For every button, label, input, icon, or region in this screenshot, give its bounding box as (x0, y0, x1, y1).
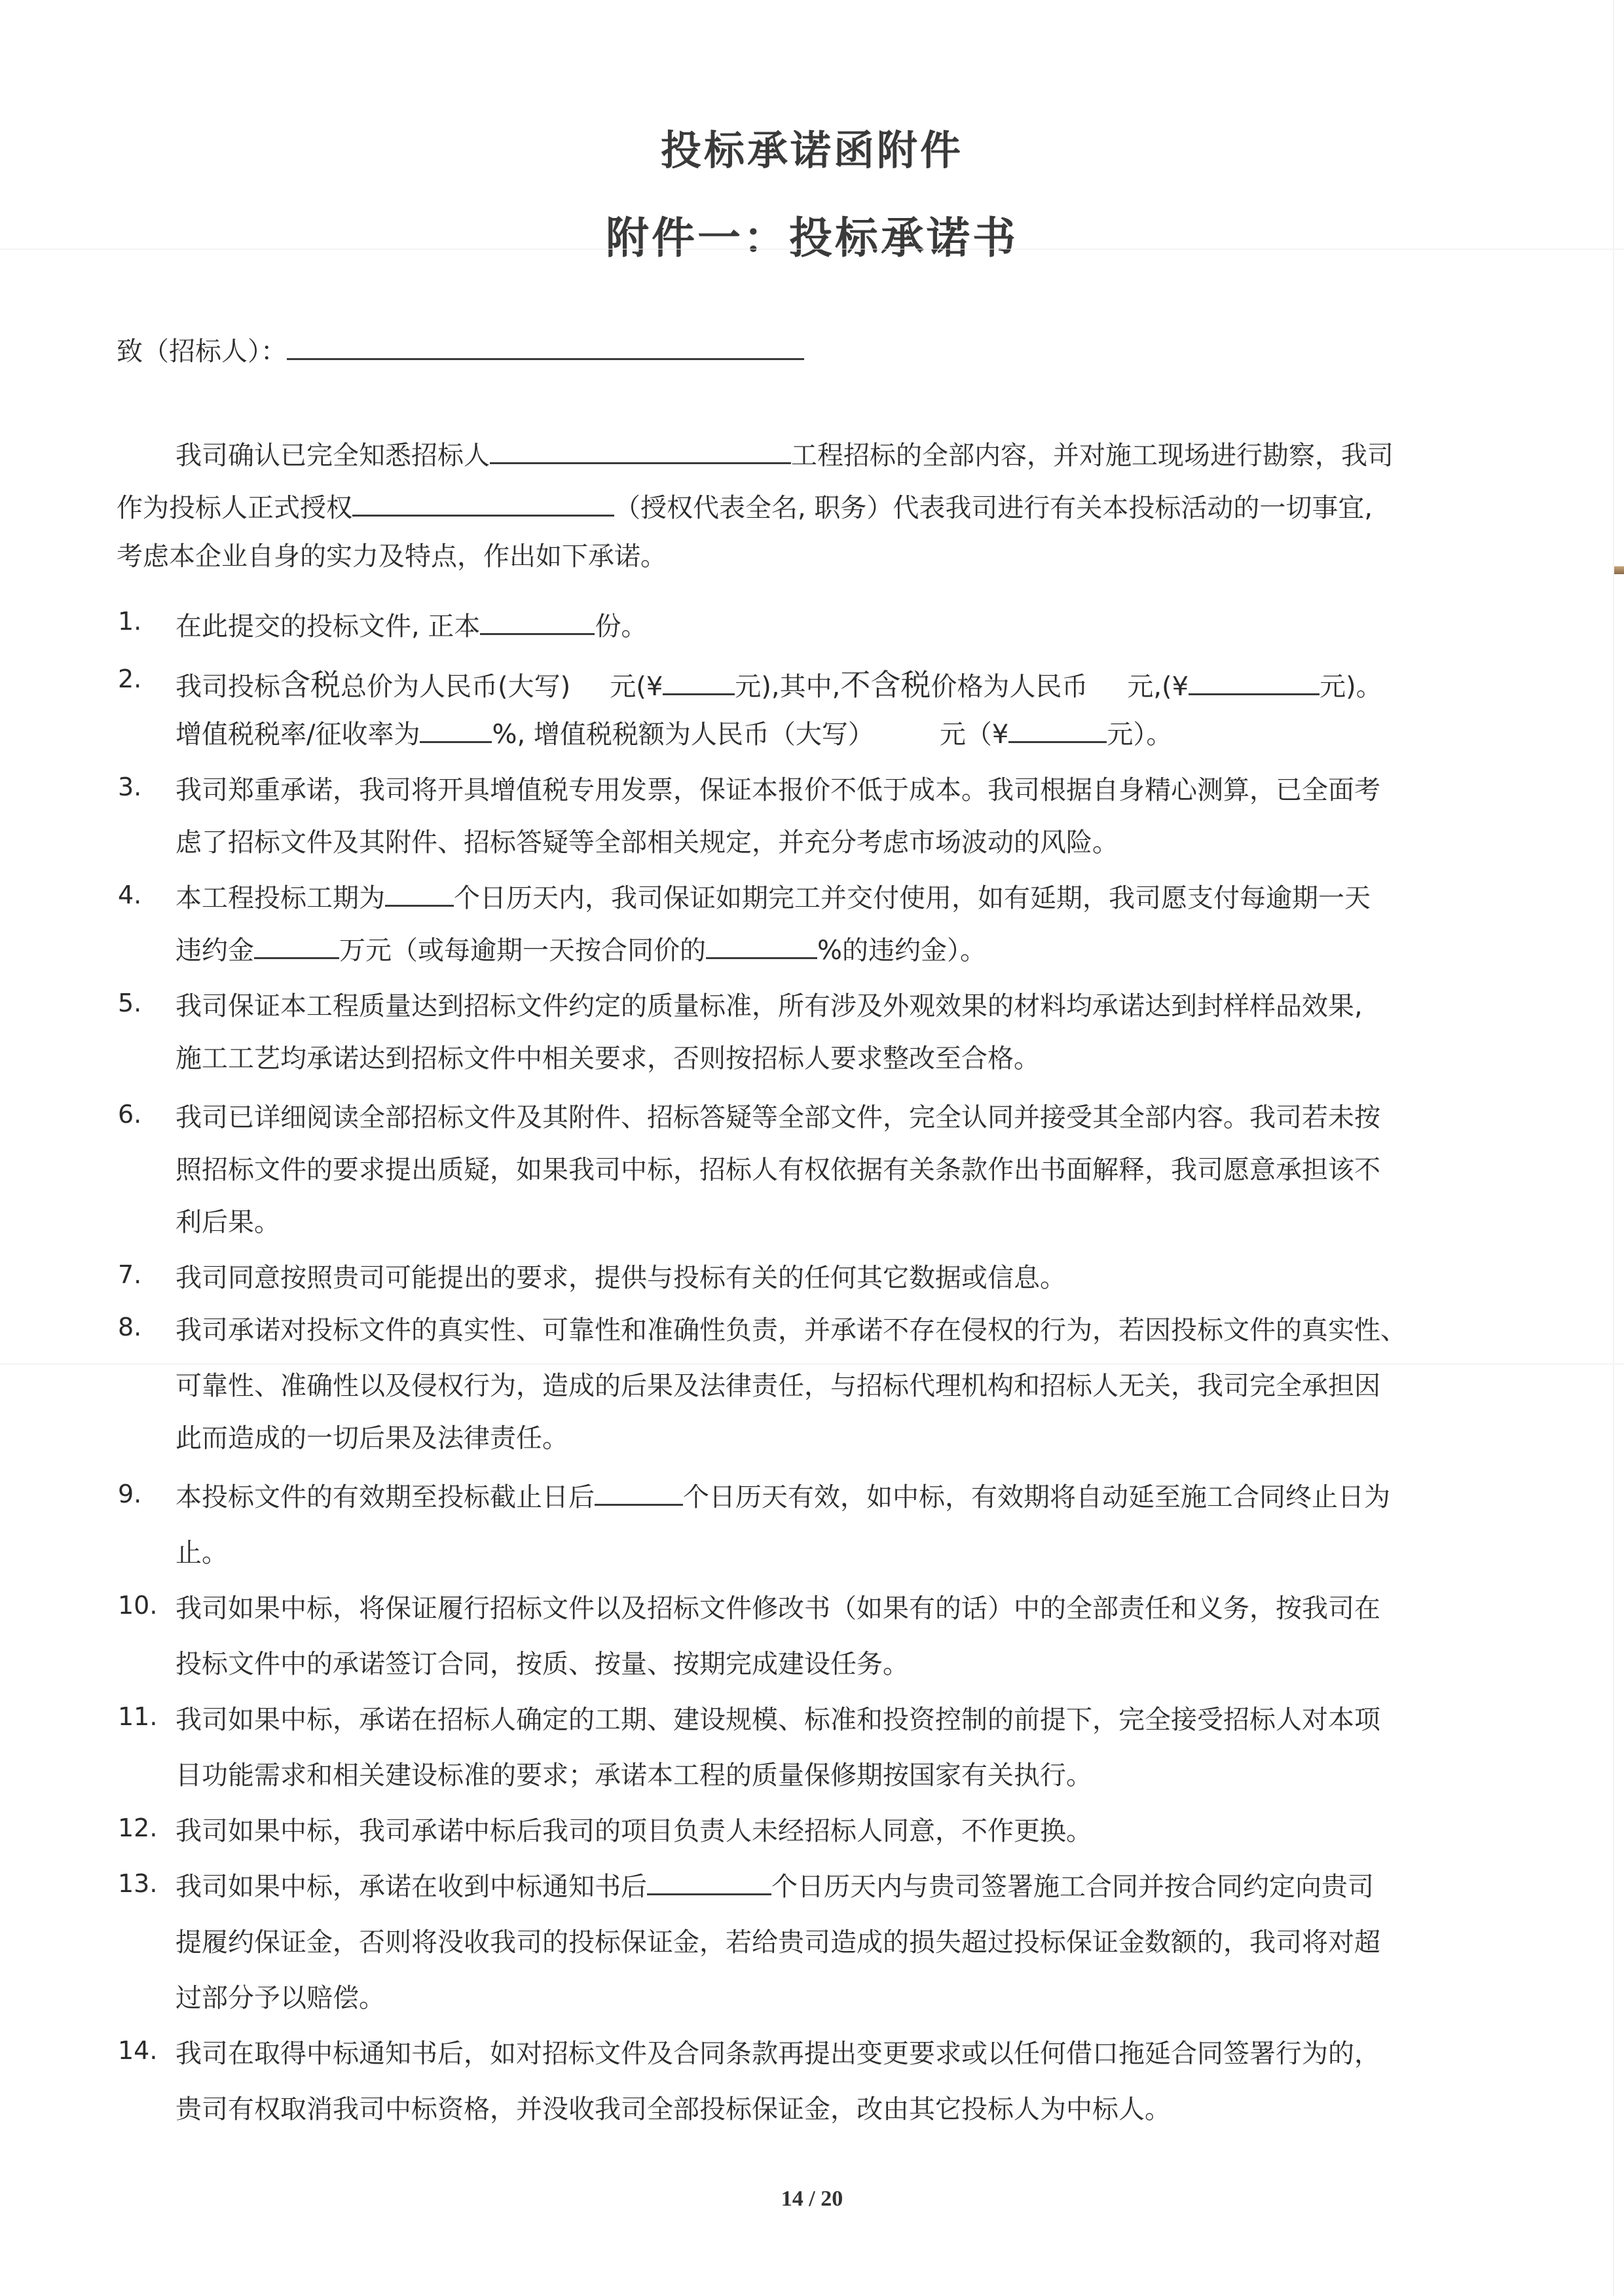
item-13-line-3: 过部分予以赔偿。 (175, 1977, 385, 2014)
item-11-line-1: 我司如果中标，承诺在招标人确定的工期、建设规模、标准和投资控制的前提下，完全接受… (175, 1699, 1380, 1736)
item-number: 2. (118, 665, 141, 693)
scan-artifact-line (0, 249, 1624, 249)
item-6-line-3: 利后果。 (175, 1201, 280, 1239)
document-page: 投标承诺函附件 附件一：投标承诺书 致（招标人）： 我司确认已完全知悉招标人工程… (0, 0, 1624, 2296)
document-subtitle: 附件一：投标承诺书 (0, 203, 1624, 265)
addressee-label: 致（招标人）： (117, 337, 287, 367)
intro-line-1: 我司确认已完全知悉招标人工程招标的全部内容，并对施工现场进行勘察，我司 (175, 437, 1393, 469)
addressee-line: 致（招标人）： (117, 331, 804, 368)
item-number: 4. (118, 881, 141, 909)
item-number: 9. (118, 1480, 141, 1508)
item-number: 13. (118, 1869, 157, 1898)
item-7-line-1: 我司同意按照贵司可能提出的要求，提供与投标有关的任何其它数据或信息。 (175, 1257, 1066, 1294)
authorized-rep-blank[interactable] (352, 490, 614, 517)
item-5-line-1: 我司保证本工程质量达到招标文件约定的质量标准，所有涉及外观效果的材料均承诺达到封… (175, 985, 1363, 1023)
item-14-line-2: 贵司有权取消我司中标资格，并没收我司全部投标保证金，改由其它投标人为中标人。 (175, 2088, 1171, 2126)
tax-amount-blank[interactable] (1008, 716, 1107, 743)
addressee-blank[interactable] (287, 333, 804, 360)
item-number: 8. (118, 1313, 141, 1341)
item-2-line-2: 增值税税率/征收率为%, 增值税税额为人民币（大写）元（¥元）。 (175, 714, 1172, 751)
penalty-percent-blank[interactable] (706, 932, 817, 959)
penalty-amount-blank[interactable] (254, 932, 339, 959)
copies-blank[interactable] (480, 608, 595, 635)
item-number: 3. (118, 773, 141, 801)
construction-period-blank[interactable] (385, 880, 454, 907)
item-5-line-2: 施工工艺均承诺达到招标文件中相关要求，否则按招标人要求整改至合格。 (175, 1038, 1040, 1075)
item-number: 7. (118, 1260, 141, 1289)
item-9-line-2: 止。 (175, 1532, 228, 1569)
item-12-line-1: 我司如果中标，我司承诺中标后我司的项目负责人未经招标人同意，不作更换。 (175, 1810, 1092, 1848)
item-6-line-2: 照招标文件的要求提出质疑，如果我司中标，招标人有权依据有关条款作出书面解释，我司… (175, 1149, 1380, 1186)
validity-days-blank[interactable] (595, 1479, 683, 1506)
tax-exclusive-amount-blank[interactable] (1189, 668, 1319, 695)
project-name-blank[interactable] (490, 437, 791, 464)
tax-inclusive-amount-blank[interactable] (663, 668, 735, 695)
scan-artifact-line (0, 1364, 1624, 1364)
item-4-line-2: 违约金万元（或每逾期一天按合同价的%的违约金）。 (175, 930, 986, 967)
tax-rate-blank[interactable] (420, 716, 492, 743)
item-number: 11. (118, 1702, 157, 1731)
item-2-line-1: 我司投标含税总价为人民币(大写)元(¥元),其中,不含税价格为人民币元,(¥元)… (175, 661, 1382, 704)
item-number: 5. (118, 989, 141, 1017)
item-8-line-2: 可靠性、准确性以及侵权行为，造成的后果及法律责任，与招标代理机构和招标人无关，我… (175, 1365, 1380, 1402)
contract-signing-days-blank[interactable] (647, 1868, 771, 1895)
item-number: 6. (118, 1100, 141, 1129)
item-1-line: 在此提交的投标文件, 正本份。 (175, 606, 647, 643)
intro-line-2: 作为投标人正式授权（授权代表全名, 职务）代表我司进行有关本投标活动的一切事宜, (117, 490, 1373, 521)
binding-mark-icon (1614, 566, 1624, 574)
item-8-line-3: 此而造成的一切后果及法律责任。 (175, 1417, 568, 1455)
item-number: 12. (118, 1813, 157, 1842)
item-number: 10. (118, 1591, 157, 1620)
item-3-line-2: 虑了招标文件及其附件、招标答疑等全部相关规定，并充分考虑市场波动的风险。 (175, 822, 1118, 859)
page-number: 14 / 20 (0, 2187, 1624, 2212)
item-13-line-2: 提履约保证金，否则将没收我司的投标保证金，若给贵司造成的损失超过投标保证金数额的… (175, 1922, 1380, 1959)
scan-edge (1613, 0, 1614, 2296)
item-4-line-1: 本工程投标工期为个日历天内，我司保证如期完工并交付使用，如有延期，我司愿支付每逾… (175, 877, 1371, 915)
item-8-line-1: 我司承诺对投标文件的真实性、可靠性和准确性负责，并承诺不存在侵权的行为，若因投标… (175, 1309, 1407, 1347)
intro-line-3: 考虑本企业自身的实力及特点，作出如下承诺。 (117, 543, 667, 570)
item-13-line-1: 我司如果中标，承诺在收到中标通知书后个日历天内与贵司签署施工合同并按合同约定向贵… (175, 1866, 1374, 1903)
item-6-line-1: 我司已详细阅读全部招标文件及其附件、招标答疑等全部文件，完全认同并接受其全部内容… (175, 1097, 1380, 1134)
item-number: 14. (118, 2036, 157, 2065)
item-3-line-1: 我司郑重承诺，我司将开具增值税专用发票，保证本报价不低于成本。我司根据自身精心测… (175, 769, 1380, 807)
document-title: 投标承诺函附件 (0, 118, 1624, 176)
item-14-line-1: 我司在取得中标通知书后，如对招标文件及合同条款再提出变更要求或以任何借口拖延合同… (175, 2033, 1380, 2070)
item-9-line-1: 本投标文件的有效期至投标截止日后个日历天有效，如中标，有效期将自动延至施工合同终… (175, 1476, 1390, 1514)
item-11-line-2: 目功能需求和相关建设标准的要求；承诺本工程的质量保修期按国家有关执行。 (175, 1755, 1092, 1792)
item-number: 1. (118, 607, 141, 636)
item-10-line-1: 我司如果中标，将保证履行招标文件以及招标文件修改书（如果有的话）中的全部责任和义… (175, 1588, 1380, 1625)
item-10-line-2: 投标文件中的承诺签订合同，按质、按量、按期完成建设任务。 (175, 1643, 909, 1681)
